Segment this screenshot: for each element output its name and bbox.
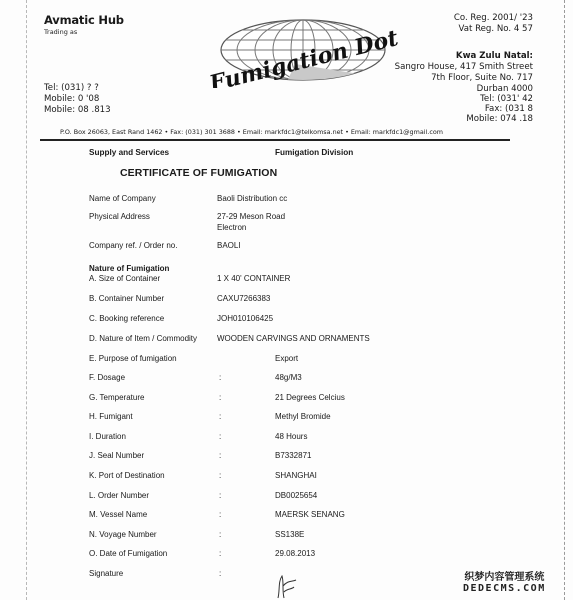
address-line-3: Durban 4000 xyxy=(477,84,533,94)
certificate-title: CERTIFICATE OF FUMIGATION xyxy=(120,167,277,179)
field-colon: : xyxy=(219,491,221,500)
label-company-ref: Company ref. / Order no. xyxy=(89,241,177,250)
vat-registration: Vat Reg. No. 4 57 xyxy=(458,24,533,34)
field-label: C. Booking reference xyxy=(89,314,164,323)
mobile-right: Mobile: 074 .18 xyxy=(466,114,533,124)
trading-as: Trading as xyxy=(44,28,77,36)
field-label: J. Seal Number xyxy=(89,451,144,460)
field-value: JOH010106425 xyxy=(217,314,273,323)
field-label: O. Date of Fumigation xyxy=(89,549,167,558)
field-label: I. Duration xyxy=(89,432,126,441)
company-name: Avmatic Hub xyxy=(44,13,124,27)
field-value: MAERSK SENANG xyxy=(275,510,345,519)
field-value: SS138E xyxy=(275,530,304,539)
region-title: Kwa Zulu Natal: xyxy=(456,51,533,61)
signature-mark xyxy=(272,572,300,600)
letterhead-footer: P.O. Box 26063, East Rand 1462 • Fax: (0… xyxy=(60,128,443,136)
label-company-name: Name of Company xyxy=(89,194,156,203)
field-label: Signature xyxy=(89,569,123,578)
value-company-ref: BAOLI xyxy=(217,241,241,250)
fax-right: Fax: (031 8 xyxy=(485,104,533,114)
tel-right: Tel: (031' 42 xyxy=(480,94,533,104)
field-colon: : xyxy=(219,510,221,519)
field-value: 29.08.2013 xyxy=(275,549,315,558)
field-value: CAXU7266383 xyxy=(217,294,270,303)
field-value: B7332871 xyxy=(275,451,311,460)
field-value: 21 Degrees Celcius xyxy=(275,393,345,402)
field-value: DB0025654 xyxy=(275,491,317,500)
scan-edge-right xyxy=(564,0,565,600)
section-supply-services: Supply and Services xyxy=(89,148,169,157)
fumigation-globe-logo: Fumigation Dot Com xyxy=(185,8,405,88)
watermark-chinese-text: 织梦内容管理系统 xyxy=(463,568,546,583)
field-label: K. Port of Destination xyxy=(89,471,165,480)
scan-edge-left xyxy=(26,0,27,600)
mobile-left-2: Mobile: 08 .813 xyxy=(44,105,111,115)
field-colon: : xyxy=(219,471,221,480)
letterhead-divider xyxy=(40,139,510,141)
value-address-line-2: Electron xyxy=(217,223,246,232)
label-physical-address: Physical Address xyxy=(89,212,150,221)
field-colon: : xyxy=(219,530,221,539)
field-value: WOODEN CARVINGS AND ORNAMENTS xyxy=(217,334,370,343)
field-value: 48g/M3 xyxy=(275,373,302,382)
field-label: F. Dosage xyxy=(89,373,125,382)
mobile-left-1: Mobile: 0 '08 xyxy=(44,94,99,104)
field-colon: : xyxy=(219,549,221,558)
company-registration: Co. Reg. 2001/ '23 xyxy=(454,13,533,23)
address-line-1: Sangro House, 417 Smith Street xyxy=(395,62,533,72)
field-colon: : xyxy=(219,412,221,421)
value-address-line-1: 27-29 Meson Road xyxy=(217,212,285,221)
field-colon: : xyxy=(219,451,221,460)
field-label: D. Nature of Item / Commodity xyxy=(89,334,197,343)
section-fumigation-division: Fumigation Division xyxy=(275,148,353,157)
field-colon: : xyxy=(219,393,221,402)
field-label: A. Size of Container xyxy=(89,274,160,283)
field-value: Export xyxy=(275,354,298,363)
field-label: M. Vessel Name xyxy=(89,510,147,519)
address-line-2: 7th Floor, Suite No. 717 xyxy=(431,73,533,83)
field-colon: : xyxy=(219,432,221,441)
field-label: E. Purpose of fumigation xyxy=(89,354,177,363)
tel-left: Tel: (031) ? ? xyxy=(44,83,99,93)
watermark-english-text: DEDECMS.COM xyxy=(463,583,546,594)
field-label: L. Order Number xyxy=(89,491,149,500)
field-colon: : xyxy=(219,569,221,578)
field-label: G. Temperature xyxy=(89,393,144,402)
field-value: Methyl Bromide xyxy=(275,412,331,421)
field-colon: : xyxy=(219,373,221,382)
field-label: N. Voyage Number xyxy=(89,530,157,539)
field-value: 48 Hours xyxy=(275,432,307,441)
field-label: H. Fumigant xyxy=(89,412,133,421)
field-value: SHANGHAI xyxy=(275,471,317,480)
nature-of-fumigation-heading: Nature of Fumigation xyxy=(89,264,169,273)
field-label: B. Container Number xyxy=(89,294,164,303)
dedecms-watermark: 织梦内容管理系统 DEDECMS.COM xyxy=(463,568,546,594)
value-company-name: Baoli Distribution cc xyxy=(217,194,287,203)
field-value: 1 X 40' CONTAINER xyxy=(217,274,290,283)
